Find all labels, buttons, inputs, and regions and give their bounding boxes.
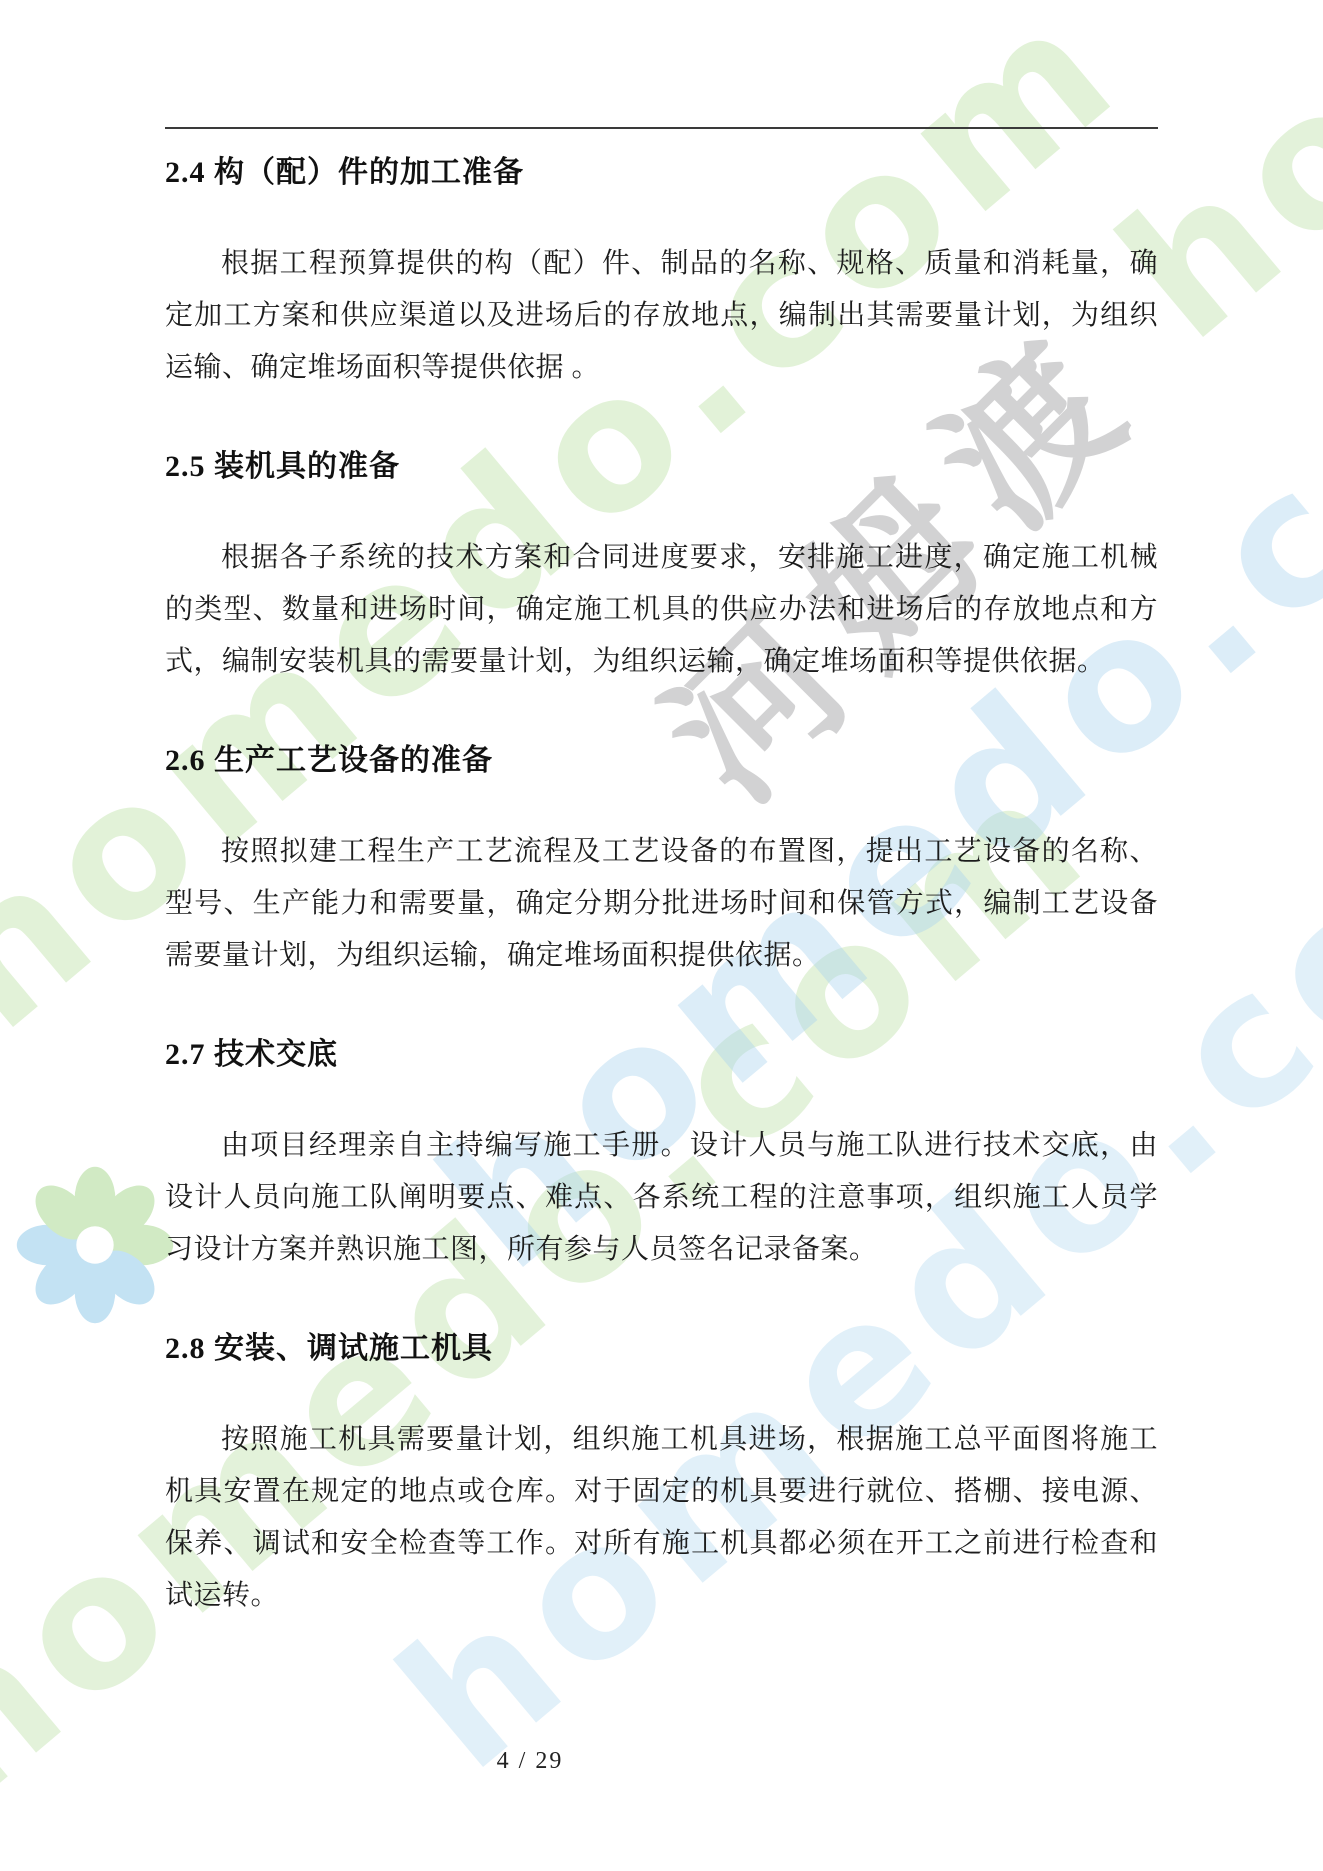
flower-logo-icon: [10, 1160, 180, 1330]
section-2-5-paragraph: 根据各子系统的技术方案和合同进度要求，安排施工进度，确定施工机械的类型、数量和进…: [165, 532, 1158, 688]
document-page: homedo.com homedo.com homedo.com homedo.…: [0, 0, 1323, 1871]
section-2-6-paragraph: 按照拟建工程生产工艺流程及工艺设备的布置图，提出工艺设备的名称、型号、生产能力和…: [165, 826, 1158, 982]
flower-petal: [25, 1240, 100, 1315]
flower-petal: [90, 1240, 165, 1315]
flower-petal: [75, 1259, 116, 1324]
page-number: 4 / 29: [0, 1748, 1060, 1775]
section-2-8-paragraph: 按照施工机具需要量计划，组织施工机具进场，根据施工总平面图将施工机具安置在规定的…: [165, 1414, 1158, 1622]
homedo-flower-logo: [10, 1160, 180, 1335]
flower-petal: [25, 1175, 100, 1250]
section-2-7-paragraph: 由项目经理亲自主持编写施工手册。设计人员与施工队进行技术交底，由设计人员向施工队…: [165, 1120, 1158, 1276]
flower-petal: [109, 1225, 174, 1266]
flower-petal: [90, 1175, 165, 1250]
section-heading-2-5: 2.5 装机具的准备: [165, 446, 1158, 488]
flower-petal: [17, 1225, 82, 1266]
section-heading-2-8: 2.8 安装、调试施工机具: [165, 1328, 1158, 1370]
section-heading-2-6: 2.6 生产工艺设备的准备: [165, 740, 1158, 782]
flower-center: [76, 1226, 113, 1263]
section-heading-2-4: 2.4 构（配）件的加工准备: [165, 152, 1158, 194]
document-content: 2.4 构（配）件的加工准备 根据工程预算提供的构（配）件、制品的名称、规格、质…: [165, 0, 1158, 1622]
flower-petal: [75, 1167, 116, 1232]
section-2-4-paragraph: 根据工程预算提供的构（配）件、制品的名称、规格、质量和消耗量，确定加工方案和供应…: [165, 238, 1158, 394]
section-heading-2-7: 2.7 技术交底: [165, 1034, 1158, 1076]
